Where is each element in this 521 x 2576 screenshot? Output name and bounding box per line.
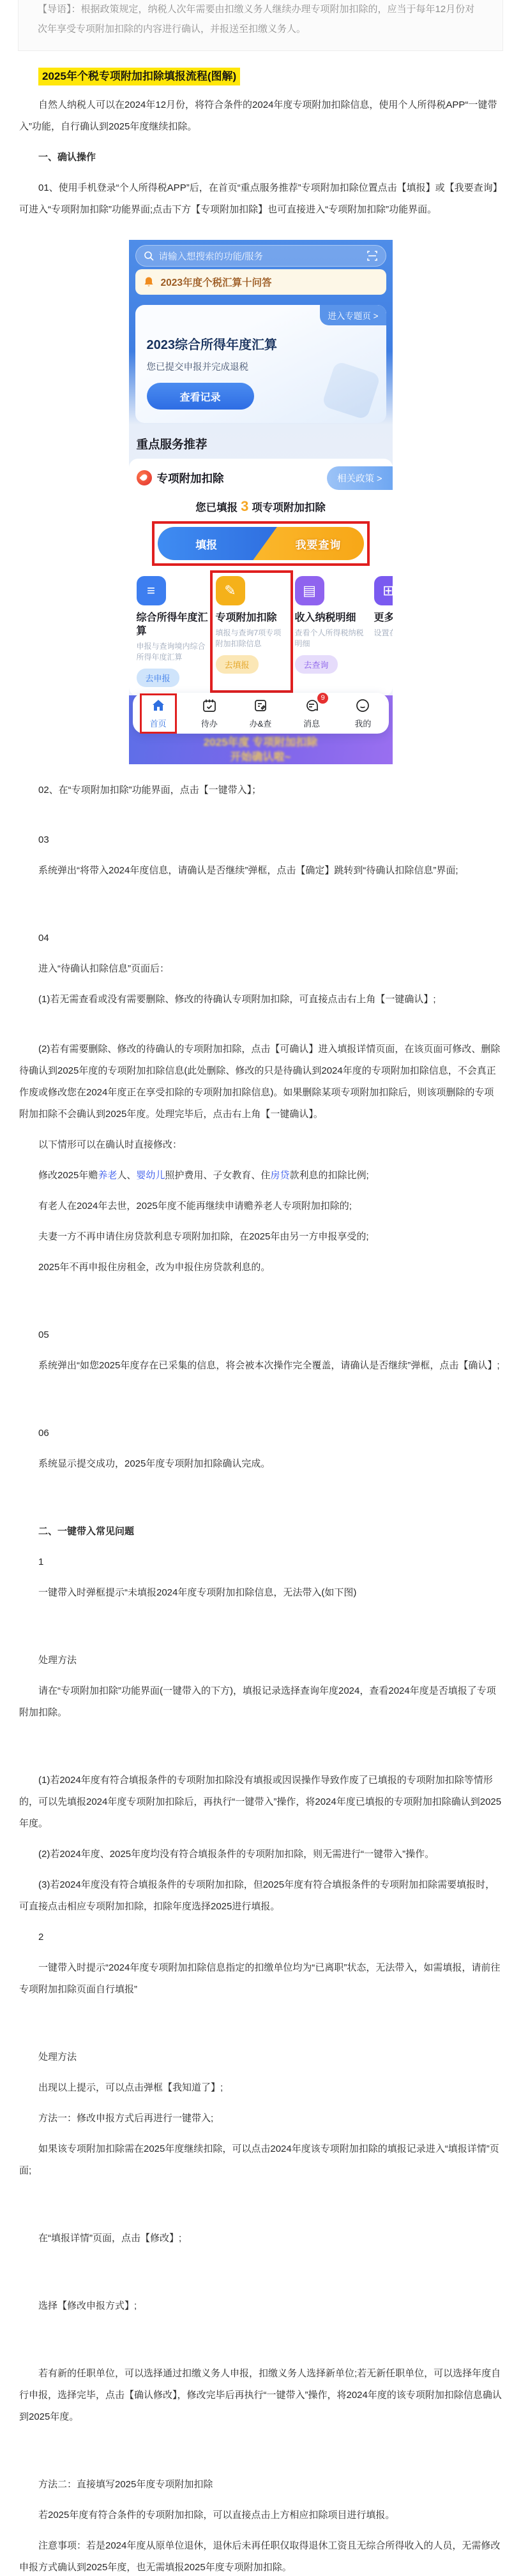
filled-count-line: 您已填报3项专项附加扣除 [137,498,385,515]
service-desc: 填报与查询7项专项附加扣除信息 [216,628,287,649]
service-name: 更多功能 [374,611,393,625]
lead-text: 【导语】：根据政策规定，纳税人次年需要由扣缴义务人继续办理专项附加扣除的，应当于… [38,0,483,39]
smiley-icon [355,698,370,715]
doc-icon [253,698,268,715]
income-tax-detail-button[interactable]: 去查询 [295,655,338,674]
filled-count: 3 [241,498,248,514]
bottom-nav-bar: 首页待办办&查消息9我的 [133,693,389,734]
paragraph: 方法二：直接填写2025年度专项附加扣除 [19,2474,502,2496]
annual-card-status: 您已提交申报并完成退税 [147,360,249,373]
special-deduction-row: 专项附加扣除 相关政策 > [137,466,385,489]
paragraph: 有老人在2024年去世，2025年度不能再继续申请赡养老人专项附加扣除的; [19,1195,502,1217]
tab-todo[interactable]: 待办 [195,698,223,729]
service-more-functions[interactable]: ⊞更多功能设置在首页常用功能 [374,576,393,687]
service-desc: 设置在首页常用功能 [374,628,393,639]
service-desc: 申报与查询境内综合所得年度汇算 [137,641,208,663]
paragraph: 04 [19,928,502,949]
dual-action-buttons: 填报 我要查询 [158,527,364,560]
paragraph: 01、使用手机登录“个人所得税APP”后，在首页“重点服务推荐”专项附加扣除位置… [19,177,502,221]
special-deduction-label: 专项附加扣除 [157,470,224,486]
topic-page-link[interactable]: 进入专题页 > [320,305,386,325]
text-segment: 款利息的扣除比例; [289,1170,368,1181]
paragraph: 05 [19,1324,502,1346]
bell-icon [143,276,155,288]
services-grid: ≡综合所得年度汇算申报与查询境内综合所得年度汇算去申报✎专项附加扣除填报与查询7… [137,576,393,687]
inline-link[interactable]: 房贷 [270,1170,289,1181]
paragraph: 2 [19,1927,502,1948]
home-icon [151,698,166,715]
paragraph: 一、确认操作 [19,147,502,168]
tab-home[interactable]: 首页 [144,698,172,729]
paragraph: 方法一：修改申报方式后再进行一键带入; [19,2108,502,2129]
paragraph: 在“填报详情”页面，点击【修改】; [19,2228,502,2249]
paragraph: 进入“待确认扣除信息”页面后： [19,958,502,980]
paragraph: 一键带入时弹框提示“未填报2024年度专项附加扣除信息，无法带入(如下图) [19,1582,502,1604]
paragraph: 自然人纳税人可以在2024年12月份，将符合条件的2024年度专项附加扣除信息，… [19,94,502,138]
app-header: 请输入想搜索的功能/服务 2023年度个税汇算十问答 进入专题页 > 2023综… [129,240,393,423]
paragraph: 注意事项：若是2024年度从原单位退休，退休后未再任职仅取得退休工资且无综合所得… [19,2535,502,2576]
service-desc: 查看个人所得税纳税明细 [295,628,366,649]
tab-messages[interactable]: 消息9 [298,698,326,729]
calendar-icon [202,698,217,715]
tab-label: 待办 [201,717,218,729]
paragraph: 修改2025年赡养老人、婴幼儿照护费用、子女教育、住房贷款利息的扣除比例; [19,1165,502,1187]
paragraph: (3)若2024年度没有符合填报条件的专项附加扣除，但2025年度有符合填报条件… [19,1874,502,1918]
annual-settlement-icon: ≡ [137,576,166,605]
paragraph: 若2025年度有符合条件的专项附加扣除，可以直接点击上方相应扣除项目进行填报。 [19,2505,502,2526]
annual-settlement-button[interactable]: 去申报 [137,669,179,687]
scan-icon[interactable] [366,250,378,262]
special-deduction-icon: ✎ [216,576,245,605]
fill-in-button[interactable]: 填报 [158,527,277,560]
paragraph: 系统显示提交成功，2025年度专项附加扣除确认完成。 [19,1453,502,1475]
services-card: 专项附加扣除 相关政策 > 您已填报3项专项附加扣除 填报 我要查询 ≡综合所得… [129,459,393,696]
income-tax-detail-icon: ▤ [295,576,324,605]
tab-handle-query[interactable]: 办&查 [246,698,275,729]
search-input[interactable]: 请输入想搜索的功能/服务 [135,245,386,267]
search-placeholder: 请输入想搜索的功能/服务 [159,249,264,263]
paragraph: 以下情形可以在确认时直接修改： [19,1134,502,1156]
paragraph: 请在“专项附加扣除”功能界面(一键带入的下方)，填报记录选择查询年度2024，查… [19,1680,502,1724]
view-records-button[interactable]: 查看记录 [147,383,254,410]
tab-label: 消息 [303,717,320,729]
tab-label: 首页 [150,717,167,729]
paragraph: 出现以上提示，可以点击弹框【我知道了】; [19,2077,502,2099]
paragraph: (1)若无需查看或没有需要删除、修改的待确认专项附加扣除，可直接点击右上角【一键… [19,989,502,1010]
special-deduction-button[interactable]: 去填报 [216,655,259,674]
featured-services-title: 重点服务推荐 [137,436,385,452]
paragraph: 2025年不再申报住房租金，改为申报住房贷款利息的。 [19,1257,502,1278]
promo-banner-text: 2025年度 专项附加扣除 开始确认啦~ [129,735,393,764]
page-title: 2025年个税专项附加扣除填报流程(图解) [38,68,240,85]
related-policy-link[interactable]: 相关政策 > [327,466,393,490]
filled-prefix: 您已填报 [195,502,238,514]
service-name: 专项附加扣除 [216,611,277,625]
annual-card-title: 2023综合所得年度汇算 [147,334,278,353]
paragraph: (2)若有需要删除、修改的待确认的专项附加扣除，点击【可确认】进入填报详情页面，… [19,1039,502,1125]
paragraph: 选择【修改申报方式】; [19,2295,502,2317]
paragraph: 系统弹出“将带入2024年度信息，请确认是否继续”弹框，点击【确定】跳转到“待确… [19,860,502,882]
paragraph: 03 [19,829,502,851]
service-name: 收入纳税明细 [295,611,356,625]
lead-quote-box: 【导语】：根据政策规定，纳税人次年需要由扣缴义务人继续办理专项附加扣除的，应当于… [18,0,503,51]
notice-banner[interactable]: 2023年度个税汇算十问答 [135,269,386,295]
tab-label: 办&查 [250,717,272,729]
search-icon [144,251,154,261]
paragraph: 如果该专项附加扣除需在2025年度继续扣除，可以点击2024年度该专项附加扣除的… [19,2138,502,2182]
fire-icon [137,470,152,485]
app-screenshot: 请输入想搜索的功能/服务 2023年度个税汇算十问答 进入专题页 > 2023综… [129,240,393,764]
paragraph: 系统弹出“如您2025年度存在已采集的信息，将会被本次操作完全覆盖，请确认是否继… [19,1355,502,1377]
promo-line1: 2025年度 专项附加扣除 [129,735,393,750]
service-annual-settlement[interactable]: ≡综合所得年度汇算申报与查询境内综合所得年度汇算去申报 [137,576,208,687]
service-name: 综合所得年度汇算 [137,611,208,638]
service-income-tax-detail[interactable]: ▤收入纳税明细查看个人所得税纳税明细去查询 [295,576,366,687]
paragraph: 02、在“专项附加扣除”功能界面，点击【一键带入】； [19,780,502,801]
tab-profile[interactable]: 我的 [349,698,377,729]
tab-label: 我的 [354,717,371,729]
inline-link[interactable]: 养老 [98,1170,117,1181]
text-segment: 修改2025年赡 [38,1170,98,1181]
paragraph: (1)若2024年度有符合填报条件的专项附加扣除没有填报或因误操作导致作废了已填… [19,1770,502,1835]
paragraph: 处理方法 [19,1650,502,1671]
card-illustration [321,360,381,420]
annotation-box-buttons: 填报 我要查询 [152,521,370,566]
paragraph: 夫妻一方不再申请住房贷款利息专项附加扣除，在2025年由另一方申报享受的; [19,1226,502,1248]
article-section-bottom: 02、在“专项附加扣除”功能界面，点击【一键带入】；03系统弹出“将带入2024… [0,780,521,2576]
promo-line2: 开始确认啦~ [129,750,393,764]
text-segment: 人、 [117,1170,136,1181]
paragraph: 06 [19,1423,502,1444]
paragraph: 处理方法 [19,2047,502,2068]
notice-text: 2023年度个税汇算十问答 [161,275,272,289]
filled-suffix: 项专项附加扣除 [252,502,326,514]
annual-settlement-card: 进入专题页 > 2023综合所得年度汇算 您已提交申报并完成退税 查看记录 [135,305,386,423]
article-section-top: 自然人纳税人可以在2024年12月份，将符合条件的2024年度专项附加扣除信息，… [0,94,521,221]
text-segment: 照护费用、子女教育、住 [165,1170,270,1181]
query-button[interactable]: 我要查询 [273,527,363,560]
paragraph: (2)若2024年度、2025年度均没有符合填报条件的专项附加扣除，则无需进行“… [19,1844,502,1865]
paragraph: 1 [19,1551,502,1573]
inline-link[interactable]: 婴幼儿 [136,1170,165,1181]
paragraph: 二、一键带入常见问题 [19,1521,502,1543]
paragraph: 若有新的任职单位，可以选择通过扣缴义务人申报，扣缴义务人选择新单位;若无新任职单… [19,2363,502,2428]
service-special-deduction[interactable]: ✎专项附加扣除填报与查询7项专项附加扣除信息去填报 [216,576,287,687]
article-page: 【导语】：根据政策规定，纳税人次年需要由扣缴义务人继续办理专项附加扣除的，应当于… [0,0,521,2576]
more-functions-icon: ⊞ [374,576,393,605]
chat-icon [304,698,319,715]
paragraph: 一键带入时提示“2024年度专项附加扣除信息指定的扣缴单位均为“已离职”状态，无… [19,1957,502,2001]
unread-badge: 9 [317,693,328,704]
